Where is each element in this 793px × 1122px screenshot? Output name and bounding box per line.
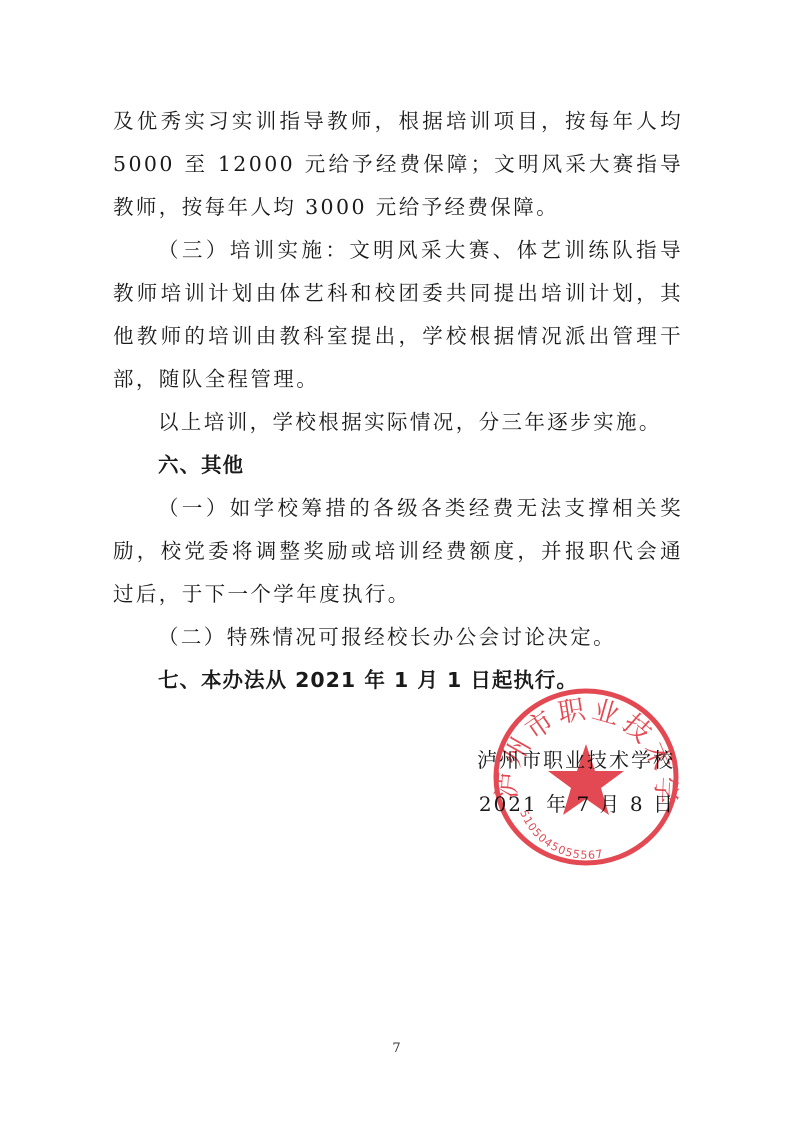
paragraph-other-item-1: （一）如学校筹措的各级各类经费无法支撑相关奖励，校党委将调整奖励或培训经费额度，… (113, 487, 683, 616)
document-page: 及优秀实习实训指导教师，根据培训项目，按每年人均 5000 至 12000 元给… (0, 0, 793, 1122)
section-heading-other: 六、其他 (113, 444, 683, 487)
star-icon (548, 744, 624, 815)
paragraph-training-implementation: （三）培训实施：文明风采大赛、体艺训练队指导教师培训计划由体艺科和校团委共同提出… (113, 229, 683, 401)
official-seal-stamp: 泸州市职业技术学校 5105045055567 (490, 686, 682, 868)
paragraph-other-item-2: （二）特殊情况可报经校长办公会讨论决定。 (113, 616, 683, 659)
page-number: 7 (0, 1041, 793, 1056)
paragraph-phased-implementation: 以上培训，学校根据实际情况，分三年逐步实施。 (113, 401, 683, 444)
body-text: 及优秀实习实训指导教师，根据培训项目，按每年人均 5000 至 12000 元给… (113, 100, 683, 702)
paragraph-funding-continuation: 及优秀实习实训指导教师，根据培训项目，按每年人均 5000 至 12000 元给… (113, 100, 683, 229)
stamp-serial-number: 5105045055567 (517, 808, 605, 862)
